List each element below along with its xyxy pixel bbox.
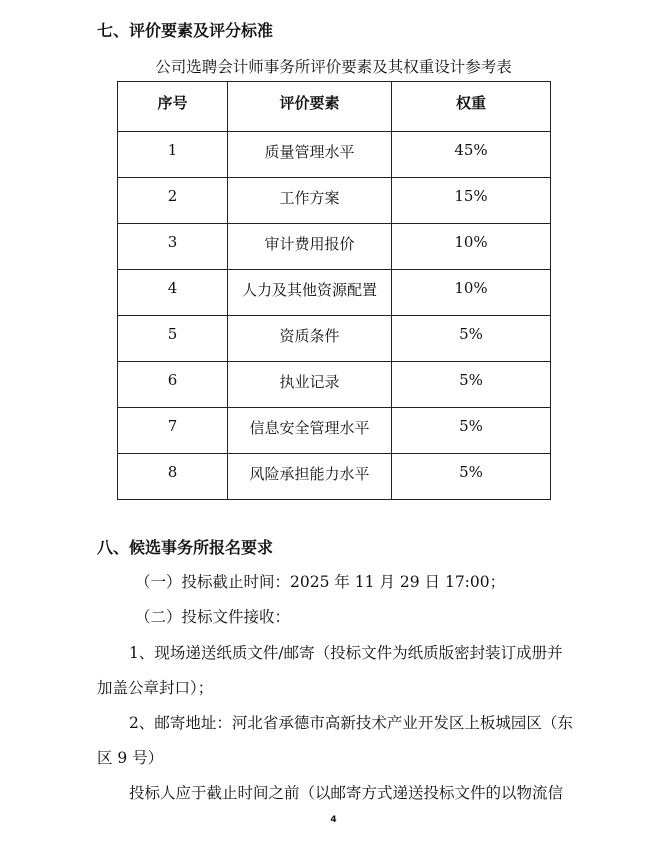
bidder-paragraph-line1: 投标人应于截止时间之前（以邮寄方式递送投标文件的以物流信: [129, 781, 563, 803]
cell-index: 8: [118, 454, 228, 500]
cell-factor: 执业记录: [228, 362, 392, 408]
cell-weight: 5%: [392, 362, 551, 408]
table-header-row: 序号 评价要素 权重: [118, 82, 551, 132]
cell-weight: 5%: [392, 316, 551, 362]
header-index: 序号: [118, 82, 228, 132]
table-row: 2工作方案15%: [118, 178, 551, 224]
cell-factor: 质量管理水平: [228, 132, 392, 178]
cell-index: 7: [118, 408, 228, 454]
cell-index: 1: [118, 132, 228, 178]
delivery-paragraph-line1: 1、现场递送纸质文件/邮寄（投标文件为纸质版密封装订成册并: [129, 641, 563, 663]
table-row: 3审计费用报价10%: [118, 224, 551, 270]
cell-factor: 工作方案: [228, 178, 392, 224]
delivery-paragraph-line2: 加盖公章封口）；: [97, 676, 213, 698]
cell-index: 2: [118, 178, 228, 224]
address-paragraph-line1: 2、邮寄地址：河北省承德市高新技术产业开发区上板城园区（东: [129, 711, 573, 733]
cell-weight: 45%: [392, 132, 551, 178]
cell-weight: 5%: [392, 408, 551, 454]
cell-weight: 5%: [392, 454, 551, 500]
header-factor: 评价要素: [228, 82, 392, 132]
evaluation-table: 序号 评价要素 权重 1质量管理水平45% 2工作方案15% 3审计费用报价10…: [117, 81, 551, 500]
table-row: 7信息安全管理水平5%: [118, 408, 551, 454]
page-number: 4: [0, 815, 667, 825]
cell-weight: 15%: [392, 178, 551, 224]
cell-factor: 风险承担能力水平: [228, 454, 392, 500]
cell-index: 5: [118, 316, 228, 362]
table-row: 6执业记录5%: [118, 362, 551, 408]
cell-index: 4: [118, 270, 228, 316]
cell-factor: 信息安全管理水平: [228, 408, 392, 454]
cell-index: 6: [118, 362, 228, 408]
cell-factor: 审计费用报价: [228, 224, 392, 270]
section-heading-7: 七、评价要素及评分标准: [97, 18, 273, 41]
cell-weight: 10%: [392, 224, 551, 270]
cell-factor: 人力及其他资源配置: [228, 270, 392, 316]
section-heading-8: 八、候选事务所报名要求: [97, 535, 273, 558]
address-paragraph-line2: 区 9 号）: [97, 746, 163, 768]
submission-paragraph: （二）投标文件接收：: [135, 605, 290, 627]
table-row: 1质量管理水平45%: [118, 132, 551, 178]
cell-weight: 10%: [392, 270, 551, 316]
deadline-paragraph: （一）投标截止时间：2025 年 11 月 29 日 17:00；: [135, 570, 505, 592]
header-weight: 权重: [392, 82, 551, 132]
table-caption: 公司选聘会计师事务所评价要素及其权重设计参考表: [0, 55, 667, 77]
table-row: 5资质条件5%: [118, 316, 551, 362]
table-row: 4人力及其他资源配置10%: [118, 270, 551, 316]
cell-index: 3: [118, 224, 228, 270]
table-row: 8风险承担能力水平5%: [118, 454, 551, 500]
cell-factor: 资质条件: [228, 316, 392, 362]
